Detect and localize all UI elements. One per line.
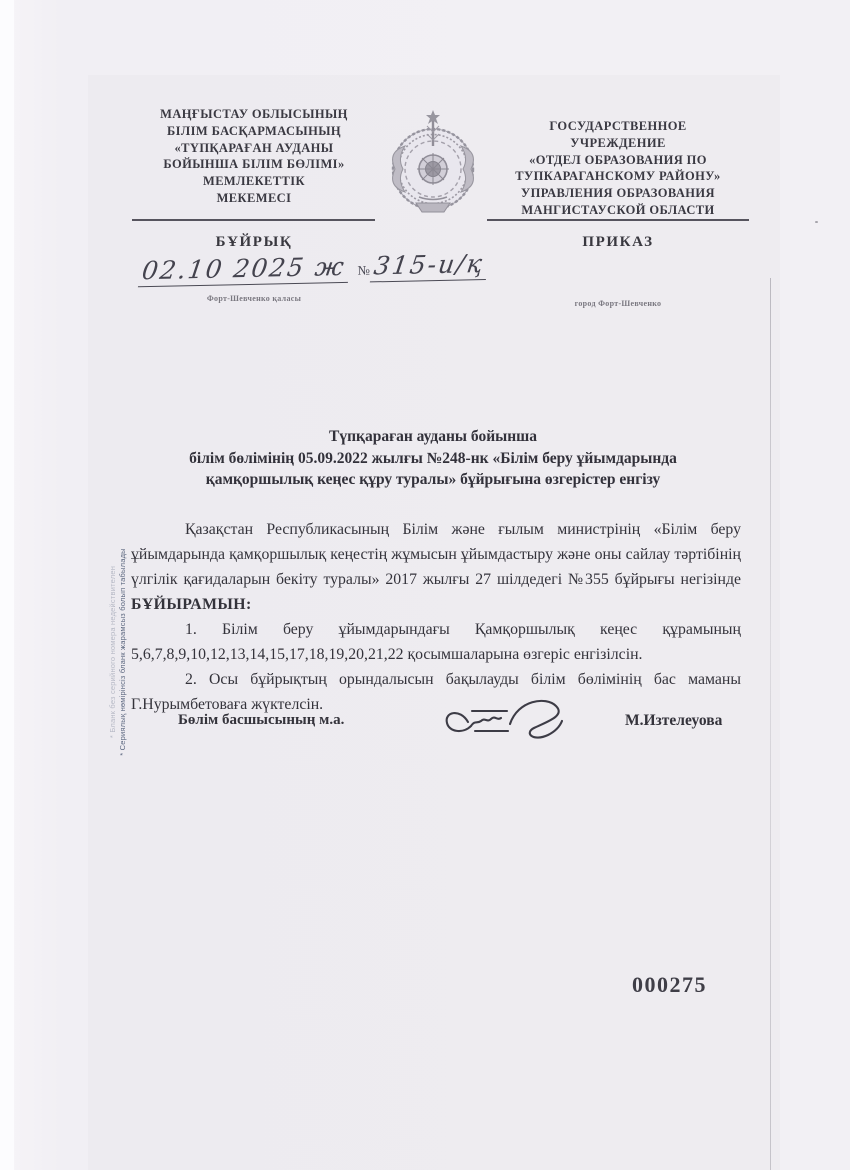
side-note-russian: * Бланк без серийного номера недействите… [108,522,118,782]
signature-position-label: Бөлім басшысының м.а. [178,712,344,729]
intro-text: Қазақстан Республикасының Білім және ғыл… [131,521,741,588]
header-rule-right [487,219,749,221]
org-name-kazakh: МАҢҒЫСТАУ ОБЛЫСЫНЫҢ БІЛІМ БАСҚАРМАСЫНЫҢ … [130,106,378,207]
order-label-russian: ПРИКАЗ [482,234,754,251]
order-label-kazakh: БҰЙРЫҚ [130,234,378,251]
side-note-kazakh: * Сериялық нөмірінсіз бланк жарамсыз бол… [118,522,128,782]
city-label-russian: город Форт-Шевченко [482,299,754,308]
handwritten-number: 315-и/қ [370,249,490,283]
body-item-2: 2. Осы бұйрықтың орындалысын бақылауды б… [131,667,741,717]
handwritten-signature-icon [438,688,588,750]
scan-speck [815,221,818,223]
kazakhstan-coat-of-arms-icon [383,106,483,218]
body-item-1: 1. Білім беру ұйымдарындағы Қамқоршылық … [131,617,741,667]
order-date-number-line: 02.10 2025 ж№315-и/қ [140,250,451,289]
order-body: Қазақстан Республикасының Білім және ғыл… [131,517,741,717]
org-name-russian: ГОСУДАРСТВЕННОЕ УЧРЕЖДЕНИЕ «ОТДЕЛ ОБРАЗО… [482,118,754,219]
scanned-document-page: МАҢҒЫСТАУ ОБЛЫСЫНЫҢ БІЛІМ БАСҚАРМАСЫНЫҢ … [0,0,850,1170]
city-label-kazakh: Форт-Шевченко қаласы [130,294,378,303]
resolve-word: БҰЙЫРАМЫН: [131,596,252,613]
number-symbol: № [357,262,370,278]
blank-validity-side-notes: * Бланк без серийного номера недействите… [108,522,128,782]
order-title: Түпқараған ауданы бойынша білім бөліміні… [125,426,741,491]
scanner-edge-strip [0,0,14,1170]
serial-number: 000275 [632,972,707,998]
body-paragraph-intro: Қазақстан Республикасының Білім және ғыл… [131,517,741,617]
page-crease-line [770,278,771,1170]
handwritten-date: 02.10 2025 ж [138,252,352,287]
header-rule-left [132,219,375,221]
signatory-name: М.Изтелеуова [625,712,722,730]
